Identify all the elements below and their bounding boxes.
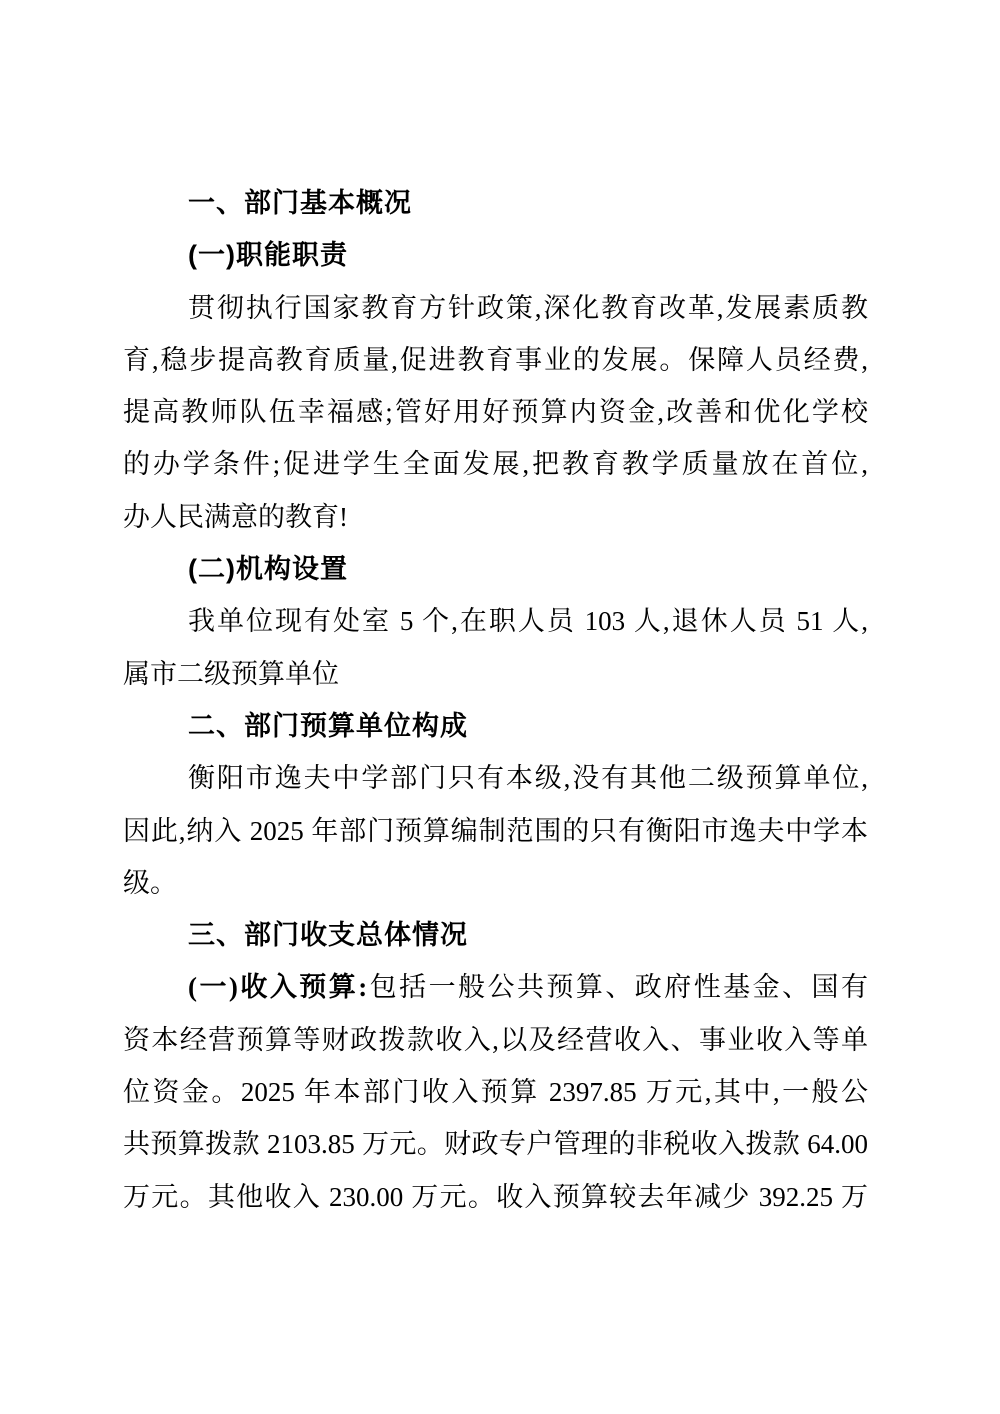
paragraph-line: 办人民满意的教育! [123,491,868,543]
paragraph-line: 位资金。2025 年本部门收入预算 2397.85 万元,其中,一般公 [123,1066,868,1118]
paragraph-lead-bold: (一)收入预算: [188,972,367,1002]
paragraph-line: 万元。其他收入 230.00 万元。收入预算较去年减少 392.25 万 [123,1171,868,1223]
paragraph-line: 的办学条件;促进学生全面发展,把教育教学质量放在首位, [123,438,868,490]
section-heading-3: 三、部门收支总体情况 [123,909,868,961]
paragraph-line: 贯彻执行国家教育方针政策,深化教育改革,发展素质教 [123,282,868,334]
subsection-heading-1-1: (一)职能职责 [123,229,868,281]
paragraph-line: 资本经营预算等财政拨款收入,以及经营收入、事业收入等单 [123,1014,868,1066]
paragraph-line: 提高教师队伍幸福感;管好用好预算内资金,改善和优化学校 [123,386,868,438]
paragraph-line: 因此,纳入 2025 年部门预算编制范围的只有衡阳市逸夫中学本 [123,805,868,857]
paragraph-line: 衡阳市逸夫中学部门只有本级,没有其他二级预算单位, [123,752,868,804]
document-page: 一、部门基本概况 (一)职能职责 贯彻执行国家教育方针政策,深化教育改革,发展素… [0,0,1000,1414]
paragraph-line: 我单位现有处室 5 个,在职人员 103 人,退休人员 51 人, [123,595,868,647]
subsection-heading-1-2: (二)机构设置 [123,543,868,595]
section-heading-2: 二、部门预算单位构成 [123,700,868,752]
paragraph-line: (一)收入预算:包括一般公共预算、政府性基金、国有 [123,961,868,1013]
paragraph-lead-rest: 包括一般公共预算、政府性基金、国有 [367,972,868,1002]
section-heading-1: 一、部门基本概况 [123,177,868,229]
paragraph-line: 育,稳步提高教育质量,促进教育事业的发展。保障人员经费, [123,334,868,386]
paragraph-line: 属市二级预算单位 [123,648,868,700]
paragraph-line: 级。 [123,857,868,909]
document-content: 一、部门基本概况 (一)职能职责 贯彻执行国家教育方针政策,深化教育改革,发展素… [123,177,868,1223]
paragraph-line: 共预算拨款 2103.85 万元。财政专户管理的非税收入拨款 64.00 [123,1118,868,1170]
